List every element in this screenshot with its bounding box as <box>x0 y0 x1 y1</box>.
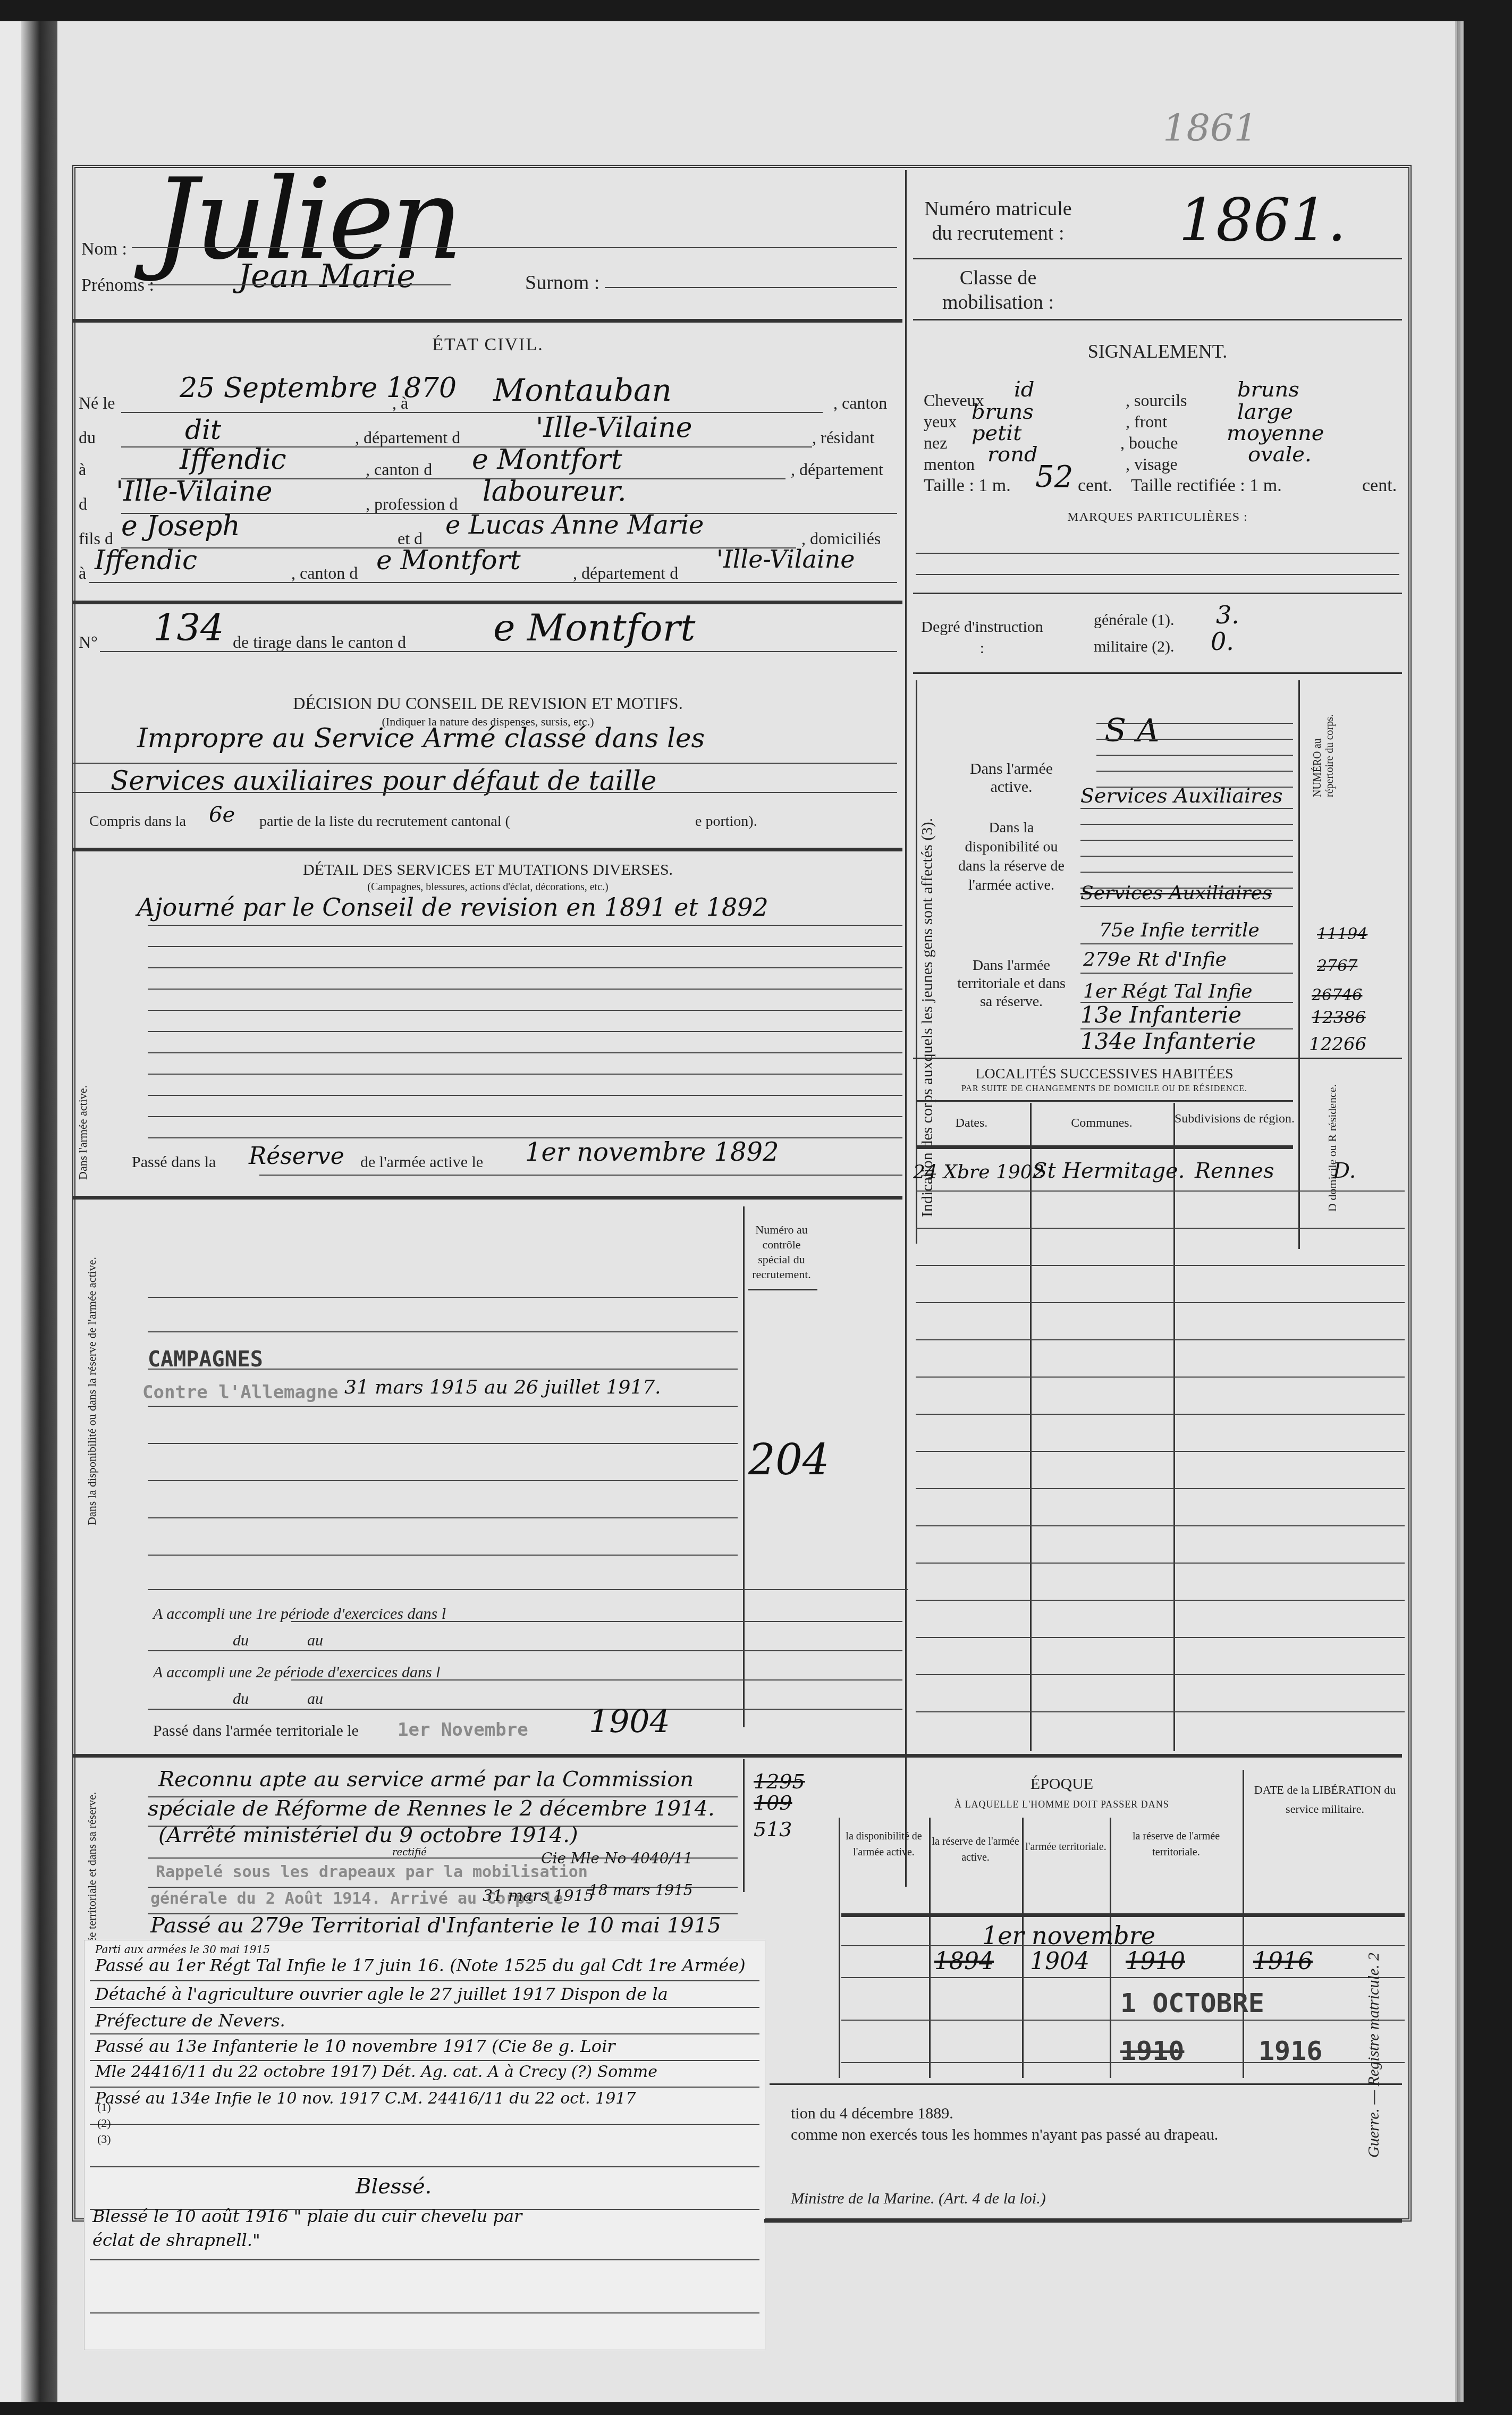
decision-partie: 6e <box>209 803 235 827</box>
matricule-label: Numéro matricule du recrutement : <box>918 197 1078 246</box>
sourcils: bruns <box>1237 377 1299 402</box>
numero-repertoire-title: NUMÉRO au répertoire du corps. <box>1312 707 1336 797</box>
liberation-value: 1916 <box>1253 1948 1313 1975</box>
departement-naissance: 'Ille-Vilaine <box>536 412 692 444</box>
blesse-title: Blessé. <box>356 2174 432 2199</box>
corps-territoriale-entry: Services Auxiliaires <box>1080 882 1272 904</box>
passe-279: Passé au 279e Territorial d'Infanterie l… <box>150 1913 721 1938</box>
services-title: DÉTAIL DES SERVICES ET MUTATIONS DIVERSE… <box>73 861 902 879</box>
canton-naissance: dit <box>185 415 221 445</box>
corps-territoriale-label: Dans l'armée territoriale et dans sa rés… <box>950 957 1072 1011</box>
domicile: Iffendic <box>95 545 197 576</box>
tirage-canton: e Montfort <box>493 606 695 649</box>
liberation-header: DATE de la LIBÉRATION du service militai… <box>1245 1780 1405 1819</box>
ne-le-label: Né le <box>79 393 115 413</box>
rappele-stamp: Rappelé sous les drapeaux par la mobilis… <box>156 1863 588 1881</box>
footnote-1: tion du 4 décembre 1889. <box>791 2105 953 2123</box>
localite-commune: St Hermitage. <box>1033 1159 1185 1183</box>
localites-title: LOCALITÉS SUCCESSIVES HABITÉES <box>913 1066 1296 1083</box>
corps-active-label: Dans l'armée active. <box>950 760 1072 796</box>
rappele-note-2: 18 mars 1915 <box>589 1881 693 1899</box>
previous-page-edge <box>0 21 21 2402</box>
corps-disponibilite-label: Dans la disponibilité ou dans la réserve… <box>950 818 1072 895</box>
marques-title: MARQUES PARTICULIÈRES : <box>913 510 1402 525</box>
pasted-note-header: Parti aux armées le 30 mai 1915 <box>95 1943 270 1956</box>
localite-dr: D. <box>1333 1159 1356 1183</box>
corps-active-entry: S A <box>1104 712 1160 749</box>
territoriale-line-2: spéciale de Réforme de Rennes le 2 décem… <box>148 1796 715 1821</box>
corps-territoriale-entry: 134e Infanterie <box>1080 1028 1256 1054</box>
residence: Iffendic <box>180 444 286 476</box>
date-naissance: 25 Septembre 1870 <box>180 372 457 404</box>
matricule-value: 1861. <box>1179 186 1346 254</box>
lieu-naissance: Montauban <box>493 372 672 408</box>
side-disponibilite: Dans la disponibilité ou dans la réserve… <box>84 1228 100 1525</box>
cheveux: id <box>1014 377 1034 402</box>
signalement-title: SIGNALEMENT. <box>913 340 1402 362</box>
numero-tirage: 134 <box>153 606 224 649</box>
epoque-value: 1910 <box>1126 1948 1185 1975</box>
book-gutter <box>21 21 58 2402</box>
prenoms-value: Jean Marie <box>238 258 416 295</box>
blesse-line: éclat de shrapnell." <box>92 2230 260 2250</box>
residence-departement: 'Ille-Vilaine <box>116 476 272 508</box>
epoque-title: ÉPOQUE <box>855 1775 1269 1793</box>
instruction-militaire: 0. <box>1211 627 1234 656</box>
visage: ovale. <box>1248 442 1312 467</box>
prenoms-label: Prénoms : <box>81 275 154 295</box>
side-armee-active: Dans l'armée active. <box>76 914 90 1180</box>
campagnes-line: Contre l'Allemagne <box>142 1382 338 1403</box>
epoque-value: 1894 <box>934 1948 994 1975</box>
corner-note: 1861 <box>1163 106 1257 150</box>
mere: e Lucas Anne Marie <box>445 510 704 540</box>
footnote-3: Ministre de la Marine. (Art. 4 de la loi… <box>791 2190 1046 2208</box>
passe-territoriale-year: 1904 <box>589 1703 670 1741</box>
domicile-canton: e Montfort <box>376 545 521 576</box>
profession: laboureur. <box>483 476 627 508</box>
localite-subdivision: Rennes <box>1195 1159 1274 1183</box>
domicile-departement: 'Ille-Vilaine <box>716 545 855 573</box>
territoriale-line-1: Reconnu apte au service armé par la Comm… <box>158 1767 694 1792</box>
corps-side-title: Indication des corps auxquels les jeunes… <box>918 707 936 1217</box>
pasted-note: Parti aux armées le 30 mai 1915 Passé au… <box>84 1940 765 2350</box>
corps-territoriale-entry: 1er Régt Tal Infie <box>1083 981 1253 1002</box>
territoriale-number: 1295 <box>754 1770 805 1793</box>
campagnes-dates: 31 mars 1915 au 26 juillet 1917. <box>344 1377 661 1398</box>
corps-territoriale-num: 12386 <box>1312 1007 1366 1027</box>
numero-controle: 204 <box>748 1435 830 1484</box>
corps-territoriale-num: 26746 <box>1312 986 1362 1004</box>
footnote-2: comme non exercés tous les hommes n'ayan… <box>791 2126 1218 2144</box>
corps-territoriale-entry: 13e Infanterie <box>1080 1002 1241 1028</box>
passe-reserve-date: 1er novembre 1892 <box>525 1137 779 1167</box>
menton: rond <box>987 442 1038 467</box>
margin-imprint: Guerre. — Registre matricule. 2 <box>1365 1860 1383 2158</box>
residence-canton: e Montfort <box>472 444 622 476</box>
surnom-label: Surnom : <box>525 271 599 294</box>
corps-territoriale-entry: 279e Rt d'Infie <box>1083 949 1227 970</box>
instruction-generale: 3. <box>1216 601 1239 629</box>
nom-label: Nom : <box>81 239 127 259</box>
epoque-value: 1904 <box>1030 1948 1089 1975</box>
etat-civil-title: ÉTAT CIVIL. <box>73 335 902 355</box>
corps-territoriale-entry: 75e Infie territle <box>1099 919 1260 941</box>
register-page: 1861 Nom : Julien Prénoms : Jean Marie S… <box>57 21 1455 2402</box>
domicile-residence-header: D domicile ou R résidence. <box>1325 1063 1340 1212</box>
footnote-markers: (1) (2) (3) <box>97 2099 111 2147</box>
instruction-label: Degré d'instruction : <box>918 617 1046 659</box>
territoriale-number: 513 <box>754 1818 792 1841</box>
passe-territoriale-stamp: 1er Novembre <box>398 1719 528 1741</box>
taille-cm: 52 <box>1035 460 1073 494</box>
pere: e Joseph <box>121 510 240 542</box>
passe-reserve: Réserve <box>249 1143 344 1170</box>
numero-controle-label: Numéro au contrôle spécial du recrutemen… <box>746 1222 817 1282</box>
liberation-stamp-month: 1 OCTOBRE <box>1120 1988 1264 2019</box>
territoriale-line-3: (Arrêté ministériel du 9 octobre 1914.) <box>158 1823 578 1847</box>
corps-territoriale-num: 2767 <box>1317 957 1357 975</box>
decision-line-1: Impropre au Service Armé classé dans les <box>137 723 705 754</box>
rappele-date: 31 mars 1915 <box>483 1887 594 1905</box>
decision-title: DÉCISION DU CONSEIL DE REVISION ET MOTIF… <box>73 694 902 713</box>
blesse-line: Blessé le 10 août 1916 " plaie du cuir c… <box>92 2206 522 2226</box>
active-note: Ajourné par le Conseil de revision en 18… <box>137 893 768 922</box>
corps-territoriale-num: 12266 <box>1309 1034 1366 1055</box>
corps-disponibilite-entry: Services Auxiliaires <box>1080 784 1282 807</box>
localite-date: 24 Xbre 1902 <box>913 1161 1045 1183</box>
classe-label: Classe de mobilisation : <box>918 266 1078 315</box>
corps-territoriale-num: 11194 <box>1317 925 1367 943</box>
territoriale-number: 109 <box>754 1791 792 1814</box>
